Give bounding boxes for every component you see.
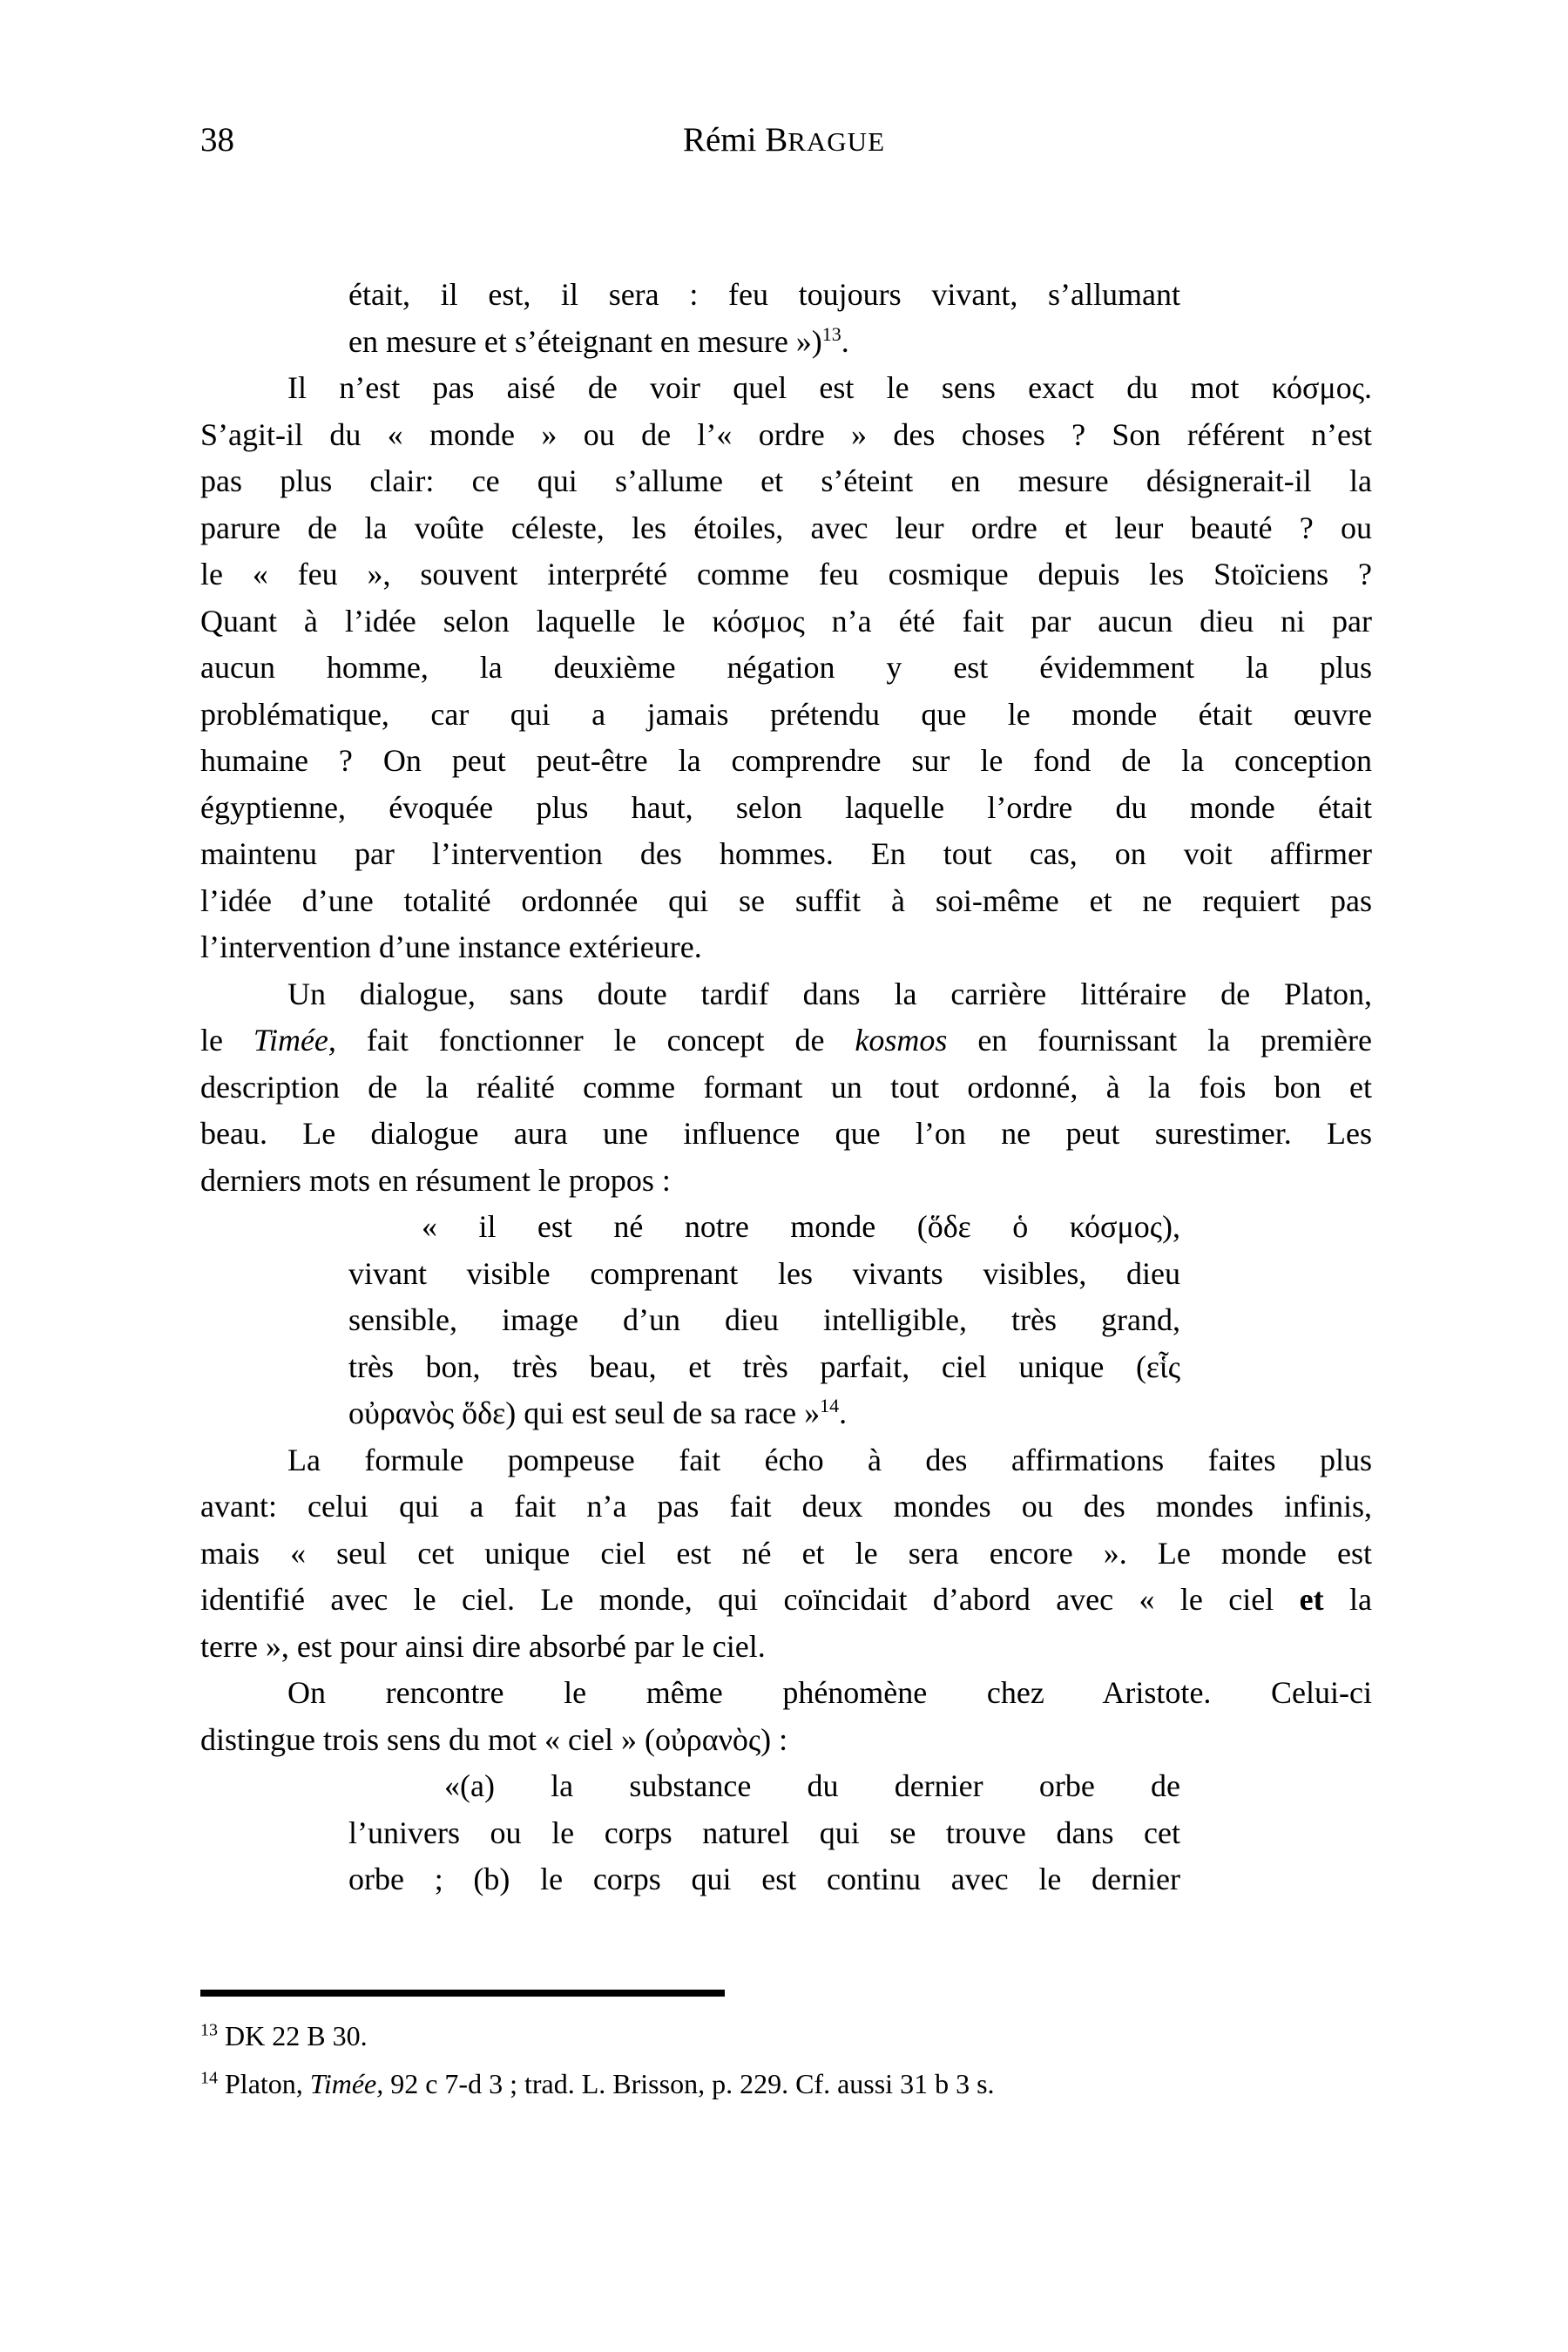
text-segment: Un dialogue, sans doute tardif dans la c… — [287, 977, 1372, 1011]
text-line: égyptienne, évoquée plus haut, selon laq… — [200, 785, 1372, 832]
text-segment: était, il est, il sera : feu toujours vi… — [348, 277, 1180, 312]
block-quote: « il est né notre monde (ὅδε ὁ κόσμος),v… — [348, 1204, 1180, 1437]
text-segment: . — [841, 324, 849, 359]
text-line: « il est né notre monde (ὅδε ὁ κόσμος), — [348, 1204, 1180, 1251]
text-segment: sensible, image d’un dieu intelligible, … — [348, 1302, 1180, 1337]
text-line: Quant à l’idée selon laquelle le κόσμος … — [200, 598, 1372, 645]
text-line: orbe ; (b) le corps qui est continu avec… — [348, 1856, 1180, 1903]
text-line: identifié avec le ciel. Le monde, qui co… — [200, 1577, 1372, 1624]
paragraph: La formule pompeuse fait écho à des affi… — [200, 1437, 1372, 1671]
text-line: vivant visible comprenant les vivants vi… — [348, 1251, 1180, 1298]
text-line: l’univers ou le corps naturel qui se tro… — [348, 1810, 1180, 1857]
running-head: Rémi BRAGUE — [0, 120, 1568, 162]
text-segment: Timée, — [310, 2068, 383, 2099]
footnote-ref: 14 — [820, 1395, 839, 1416]
text-line: problématique, car qui a jamais prétendu… — [200, 692, 1372, 739]
text-segment: égyptienne, évoquée plus haut, selon laq… — [200, 790, 1372, 825]
text-line: 14 Platon, Timée, 92 c 7-d 3 ; trad. L. … — [200, 2060, 1372, 2108]
text-segment: distingue trois sens du mot « ciel » (οὐ… — [200, 1722, 787, 1757]
text-segment: «(a) la substance du dernier orbe de — [444, 1768, 1180, 1803]
text-segment: avant: celui qui a fait n’a pas fait deu… — [200, 1489, 1372, 1524]
text-line: «(a) la substance du dernier orbe de — [348, 1763, 1180, 1810]
text-segment: DK 22 B 30. — [218, 2020, 368, 2051]
text-segment: aucun homme, la deuxième négation y est … — [200, 650, 1372, 685]
text-line: description de la réalité comme formant … — [200, 1064, 1372, 1112]
book-page: 38 Rémi BRAGUE était, il est, il sera : … — [0, 0, 1568, 2352]
text-segment: beau. Le dialogue aura une influence que… — [200, 1116, 1372, 1151]
paragraph: Il n’est pas aisé de voir quel est le se… — [200, 365, 1372, 971]
text-segment: « il est né notre monde (ὅδε ὁ κόσμος), — [422, 1209, 1180, 1244]
text-line: La formule pompeuse fait écho à des affi… — [200, 1437, 1372, 1484]
text-line: mais « seul cet unique ciel est né et le… — [200, 1531, 1372, 1578]
text-line: très bon, très beau, et très parfait, ci… — [348, 1344, 1180, 1391]
text-segment: l’univers ou le corps naturel qui se tro… — [348, 1815, 1180, 1850]
text-line: Il n’est pas aisé de voir quel est le se… — [200, 365, 1372, 412]
text-line: aucun homme, la deuxième négation y est … — [200, 645, 1372, 692]
footnote-separator-rule — [200, 1990, 725, 1997]
text-segment: derniers mots en résument le propos : — [200, 1163, 671, 1198]
block-quote: était, il est, il sera : feu toujours vi… — [348, 272, 1180, 365]
text-line: avant: celui qui a fait n’a pas fait deu… — [200, 1484, 1372, 1531]
text-line: en mesure et s’éteignant en mesure »)13. — [348, 319, 1180, 366]
footnote-ref: 13 — [200, 2020, 218, 2039]
text-line: S’agit-il du « monde » ou de l’« ordre »… — [200, 412, 1372, 459]
text-segment: kosmos — [855, 1023, 947, 1058]
text-line: parure de la voûte céleste, les étoiles,… — [200, 505, 1372, 552]
text-segment: οὐρανὸς ὅδε) qui est seul de sa race » — [348, 1396, 820, 1430]
text-line: On rencontre le même phénomène chez Aris… — [200, 1670, 1372, 1717]
running-head-name: Rémi B — [683, 121, 787, 159]
text-segment: parure de la voûte céleste, les étoiles,… — [200, 510, 1372, 545]
text-segment: terre », est pour ainsi dire absorbé par… — [200, 1629, 766, 1664]
running-head-smallcaps: RAGUE — [787, 126, 885, 157]
text-segment: La formule pompeuse fait écho à des affi… — [287, 1443, 1372, 1477]
text-line: le « feu », souvent interprété comme feu… — [200, 551, 1372, 598]
text-segment: l’idée d’une totalité ordonnée qui se su… — [200, 883, 1372, 918]
text-segment: l’intervention d’une instance extérieure… — [200, 929, 702, 964]
text-line: οὐρανὸς ὅδε) qui est seul de sa race »14… — [348, 1390, 1180, 1437]
text-segment: et — [1300, 1582, 1324, 1617]
text-segment: le « feu », souvent interprété comme feu… — [200, 557, 1372, 591]
text-segment: identifié avec le ciel. Le monde, qui co… — [200, 1582, 1300, 1617]
footnotes: 13 DK 22 B 30.14 Platon, Timée, 92 c 7-d… — [200, 2012, 1372, 2108]
text-segment: très bon, très beau, et très parfait, ci… — [348, 1349, 1180, 1384]
text-segment: en mesure et s’éteignant en mesure ») — [348, 324, 822, 359]
text-segment: S’agit-il du « monde » ou de l’« ordre »… — [200, 417, 1372, 452]
paragraph: Un dialogue, sans doute tardif dans la c… — [200, 971, 1372, 1205]
text-line: maintenu par l’intervention des hommes. … — [200, 831, 1372, 878]
text-segment: pas plus clair: ce qui s’allume et s’éte… — [200, 463, 1372, 498]
text-line: sensible, image d’un dieu intelligible, … — [348, 1297, 1180, 1344]
footnote-block: 13 DK 22 B 30.14 Platon, Timée, 92 c 7-d… — [200, 2012, 1372, 2108]
text-segment: la — [1324, 1582, 1372, 1617]
text-line: derniers mots en résument le propos : — [200, 1158, 1372, 1205]
text-line: pas plus clair: ce qui s’allume et s’éte… — [200, 458, 1372, 505]
footnote-ref: 14 — [200, 2068, 218, 2087]
text-segment: le — [200, 1023, 253, 1058]
text-line: était, il est, il sera : feu toujours vi… — [348, 272, 1180, 319]
text-segment: maintenu par l’intervention des hommes. … — [200, 836, 1372, 871]
text-line: terre », est pour ainsi dire absorbé par… — [200, 1624, 1372, 1671]
text-segment: fait fonctionner le concept de — [336, 1023, 855, 1058]
text-segment: en fournissant la première — [947, 1023, 1372, 1058]
text-segment: Il n’est pas aisé de voir quel est le se… — [287, 370, 1372, 405]
text-line: l’idée d’une totalité ordonnée qui se su… — [200, 878, 1372, 925]
text-segment: Platon, — [218, 2068, 310, 2099]
text-line: 13 DK 22 B 30. — [200, 2012, 1372, 2060]
text-segment: mais « seul cet unique ciel est né et le… — [200, 1536, 1372, 1571]
text-segment: On rencontre le même phénomène chez Aris… — [287, 1675, 1372, 1710]
text-segment: Quant à l’idée selon laquelle le κόσμος … — [200, 604, 1372, 639]
block-quote: «(a) la substance du dernier orbe del’un… — [348, 1763, 1180, 1903]
text-segment: orbe ; (b) le corps qui est continu avec… — [348, 1862, 1180, 1896]
text-line: beau. Le dialogue aura une influence que… — [200, 1111, 1372, 1158]
text-segment: humaine ? On peut peut-être la comprendr… — [200, 743, 1372, 778]
text-line: humaine ? On peut peut-être la comprendr… — [200, 738, 1372, 785]
text-line: le Timée, fait fonctionner le concept de… — [200, 1017, 1372, 1064]
text-segment: problématique, car qui a jamais prétendu… — [200, 697, 1372, 732]
text-segment: 92 c 7-d 3 ; trad. L. Brisson, p. 229. C… — [383, 2068, 994, 2099]
text-segment: . — [839, 1396, 847, 1430]
page-body-text: était, il est, il sera : feu toujours vi… — [200, 272, 1372, 1903]
text-line: Un dialogue, sans doute tardif dans la c… — [200, 971, 1372, 1018]
text-segment: vivant visible comprenant les vivants vi… — [348, 1256, 1180, 1291]
paragraph: On rencontre le même phénomène chez Aris… — [200, 1670, 1372, 1763]
text-line: distingue trois sens du mot « ciel » (οὐ… — [200, 1717, 1372, 1764]
text-line: l’intervention d’une instance extérieure… — [200, 924, 1372, 971]
text-segment: Timée, — [253, 1023, 336, 1058]
text-segment: description de la réalité comme formant … — [200, 1070, 1372, 1105]
footnote-ref: 13 — [822, 323, 841, 345]
